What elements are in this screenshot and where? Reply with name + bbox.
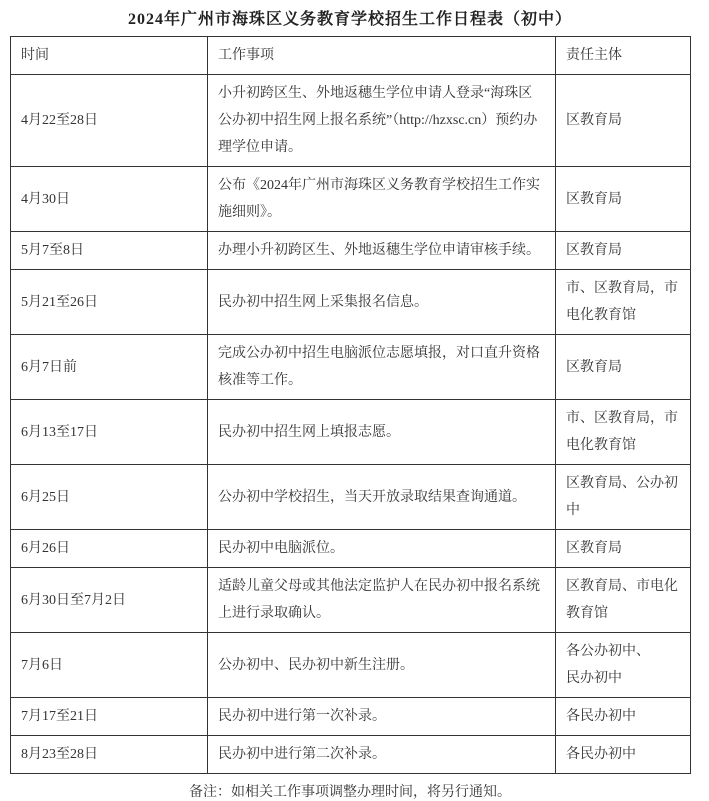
cell-time: 7月17至21日 — [11, 698, 208, 736]
table-row: 5月21至26日民办初中招生网上采集报名信息。市、区教育局，市电化教育馆 — [11, 270, 691, 335]
table-row: 8月23至28日民办初中进行第二次补录。各民办初中 — [11, 736, 691, 774]
table-row: 6月13至17日民办初中招生网上填报志愿。市、区教育局，市电化教育馆 — [11, 400, 691, 465]
cell-responsible: 市、区教育局，市电化教育馆 — [556, 270, 691, 335]
schedule-table: 时间 工作事项 责任主体 4月22至28日小升初跨区生、外地返穗生学位申请人登录… — [10, 36, 691, 774]
table-row: 6月7日前完成公办初中招生电脑派位志愿填报，对口直升资格核准等工作。区教育局 — [11, 335, 691, 400]
cell-responsible: 各民办初中 — [556, 698, 691, 736]
cell-responsible: 区教育局 — [556, 75, 691, 167]
cell-task: 公办初中学校招生，当天开放录取结果查询通道。 — [208, 465, 556, 530]
cell-responsible: 区教育局、市电化教育馆 — [556, 568, 691, 633]
cell-time: 6月25日 — [11, 465, 208, 530]
cell-responsible: 各民办初中 — [556, 736, 691, 774]
cell-task: 公办初中、民办初中新生注册。 — [208, 633, 556, 698]
cell-task: 公布《2024年广州市海珠区义务教育学校招生工作实施细则》。 — [208, 167, 556, 232]
col-header-responsible: 责任主体 — [556, 37, 691, 75]
table-body: 4月22至28日小升初跨区生、外地返穗生学位申请人登录“海珠区公办初中招生网上报… — [11, 75, 691, 774]
cell-task: 民办初中进行第二次补录。 — [208, 736, 556, 774]
table-row: 7月17至21日民办初中进行第一次补录。各民办初中 — [11, 698, 691, 736]
cell-task: 小升初跨区生、外地返穗生学位申请人登录“海珠区公办初中招生网上报名系统”（htt… — [208, 75, 556, 167]
cell-time: 7月6日 — [11, 633, 208, 698]
cell-task: 民办初中电脑派位。 — [208, 530, 556, 568]
cell-time: 4月22至28日 — [11, 75, 208, 167]
cell-task: 民办初中招生网上采集报名信息。 — [208, 270, 556, 335]
table-row: 5月7至8日办理小升初跨区生、外地返穗生学位申请审核手续。区教育局 — [11, 232, 691, 270]
cell-responsible: 区教育局、公办初中 — [556, 465, 691, 530]
document-page: 2024年广州市海珠区义务教育学校招生工作日程表（初中） 时间 工作事项 责任主… — [0, 0, 709, 801]
cell-task: 民办初中进行第一次补录。 — [208, 698, 556, 736]
cell-time: 4月30日 — [11, 167, 208, 232]
col-header-task: 工作事项 — [208, 37, 556, 75]
table-row: 7月6日公办初中、民办初中新生注册。各公办初中、 民办初中 — [11, 633, 691, 698]
cell-time: 6月13至17日 — [11, 400, 208, 465]
table-row: 6月25日公办初中学校招生，当天开放录取结果查询通道。区教育局、公办初中 — [11, 465, 691, 530]
cell-time: 6月30日至7月2日 — [11, 568, 208, 633]
cell-time: 5月7至8日 — [11, 232, 208, 270]
header-row: 时间 工作事项 责任主体 — [11, 37, 691, 75]
table-row: 6月26日民办初中电脑派位。区教育局 — [11, 530, 691, 568]
cell-task: 办理小升初跨区生、外地返穗生学位申请审核手续。 — [208, 232, 556, 270]
table-row: 4月30日公布《2024年广州市海珠区义务教育学校招生工作实施细则》。区教育局 — [11, 167, 691, 232]
table-row: 4月22至28日小升初跨区生、外地返穗生学位申请人登录“海珠区公办初中招生网上报… — [11, 75, 691, 167]
cell-task: 适龄儿童父母或其他法定监护人在民办初中报名系统上进行录取确认。 — [208, 568, 556, 633]
cell-responsible: 区教育局 — [556, 530, 691, 568]
footnote: 备注：如相关工作事项调整办理时间，将另行通知。 — [10, 781, 690, 801]
col-header-time: 时间 — [11, 37, 208, 75]
cell-time: 5月21至26日 — [11, 270, 208, 335]
cell-task: 民办初中招生网上填报志愿。 — [208, 400, 556, 465]
table-row: 6月30日至7月2日适龄儿童父母或其他法定监护人在民办初中报名系统上进行录取确认… — [11, 568, 691, 633]
cell-responsible: 区教育局 — [556, 232, 691, 270]
cell-time: 6月7日前 — [11, 335, 208, 400]
cell-task: 完成公办初中招生电脑派位志愿填报，对口直升资格核准等工作。 — [208, 335, 556, 400]
cell-responsible: 区教育局 — [556, 167, 691, 232]
page-title: 2024年广州市海珠区义务教育学校招生工作日程表（初中） — [10, 6, 690, 29]
cell-responsible: 各公办初中、 民办初中 — [556, 633, 691, 698]
cell-time: 6月26日 — [11, 530, 208, 568]
cell-time: 8月23至28日 — [11, 736, 208, 774]
cell-responsible: 区教育局 — [556, 335, 691, 400]
cell-responsible: 市、区教育局，市电化教育馆 — [556, 400, 691, 465]
